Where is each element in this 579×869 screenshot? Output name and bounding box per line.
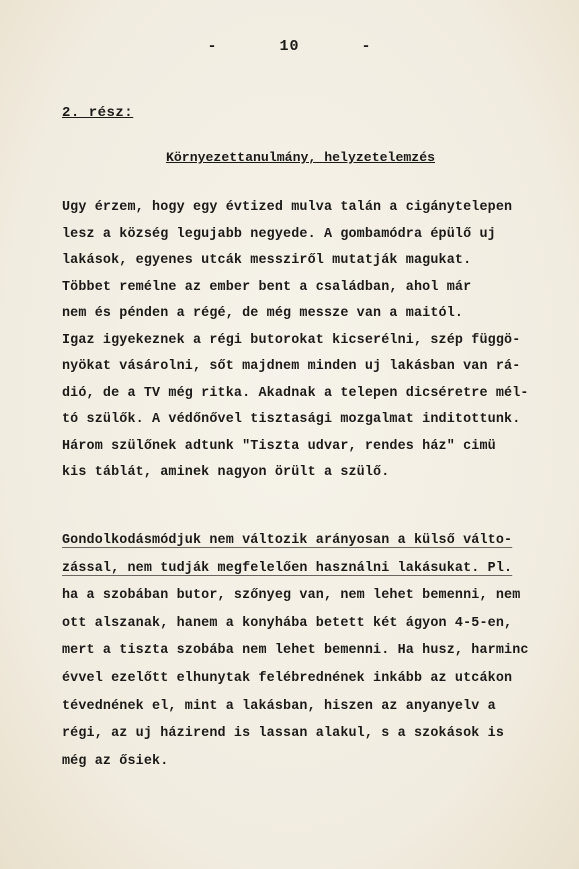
text-line: dió, de a TV még ritka. Akadnak a telepe… (62, 381, 552, 408)
text-line: nem és pénden a régé, de még messze van … (62, 301, 552, 328)
section-title: Környezettanulmány, helyzetelemzés (0, 150, 579, 165)
paragraph-2: Gondolkodásmódjuk nem változik arányosan… (62, 527, 552, 775)
text-line: Többet remélne az ember bent a családban… (62, 275, 552, 302)
text-line: ott alszanak, hanem a konyhába betett ké… (62, 610, 552, 638)
text-line: mert a tiszta szobába nem lehet bemenni.… (62, 637, 552, 665)
text-line: lesz a község legujabb negyede. A gombam… (62, 222, 552, 249)
text-line: nyökat vásárolni, sőt majdnem minden uj … (62, 354, 552, 381)
text-line: évvel ezelőtt elhunytak felébrednének in… (62, 665, 552, 693)
page-number-left-mark: - (207, 38, 217, 55)
section-label: 2. rész: (62, 105, 133, 121)
text-line-underlined: zással, nem tudják megfelelően használni… (62, 555, 552, 583)
typewritten-page: - 10 - 2. rész: Környezettanulmány, hely… (0, 0, 579, 869)
page-number: 10 (279, 38, 299, 55)
text-line-underlined: Gondolkodásmódjuk nem változik arányosan… (62, 527, 552, 555)
text-line: tó szülők. A védőnővel tisztasági mozgal… (62, 407, 552, 434)
text-line: régi, az uj házirend is lassan alakul, s… (62, 720, 552, 748)
text-line: kis táblát, aminek nagyon örült a szülő. (62, 460, 552, 487)
page-number-header: - 10 - (0, 38, 579, 55)
text-line: Igaz igyekeznek a régi butorokat kicseré… (62, 328, 552, 355)
text-line: lakások, egyenes utcák messziről mutatjá… (62, 248, 552, 275)
text-line: ha a szobában butor, szőnyeg van, nem le… (62, 582, 552, 610)
paragraph-1: Ugy érzem, hogy egy évtized mulva talán … (62, 195, 552, 487)
text-line: Ugy érzem, hogy egy évtized mulva talán … (62, 195, 552, 222)
text-line: tévednének el, mint a lakásban, hiszen a… (62, 693, 552, 721)
page-number-right-mark: - (362, 38, 372, 55)
text-line: még az ősiek. (62, 748, 552, 776)
text-line: Három szülőnek adtunk "Tiszta udvar, ren… (62, 434, 552, 461)
